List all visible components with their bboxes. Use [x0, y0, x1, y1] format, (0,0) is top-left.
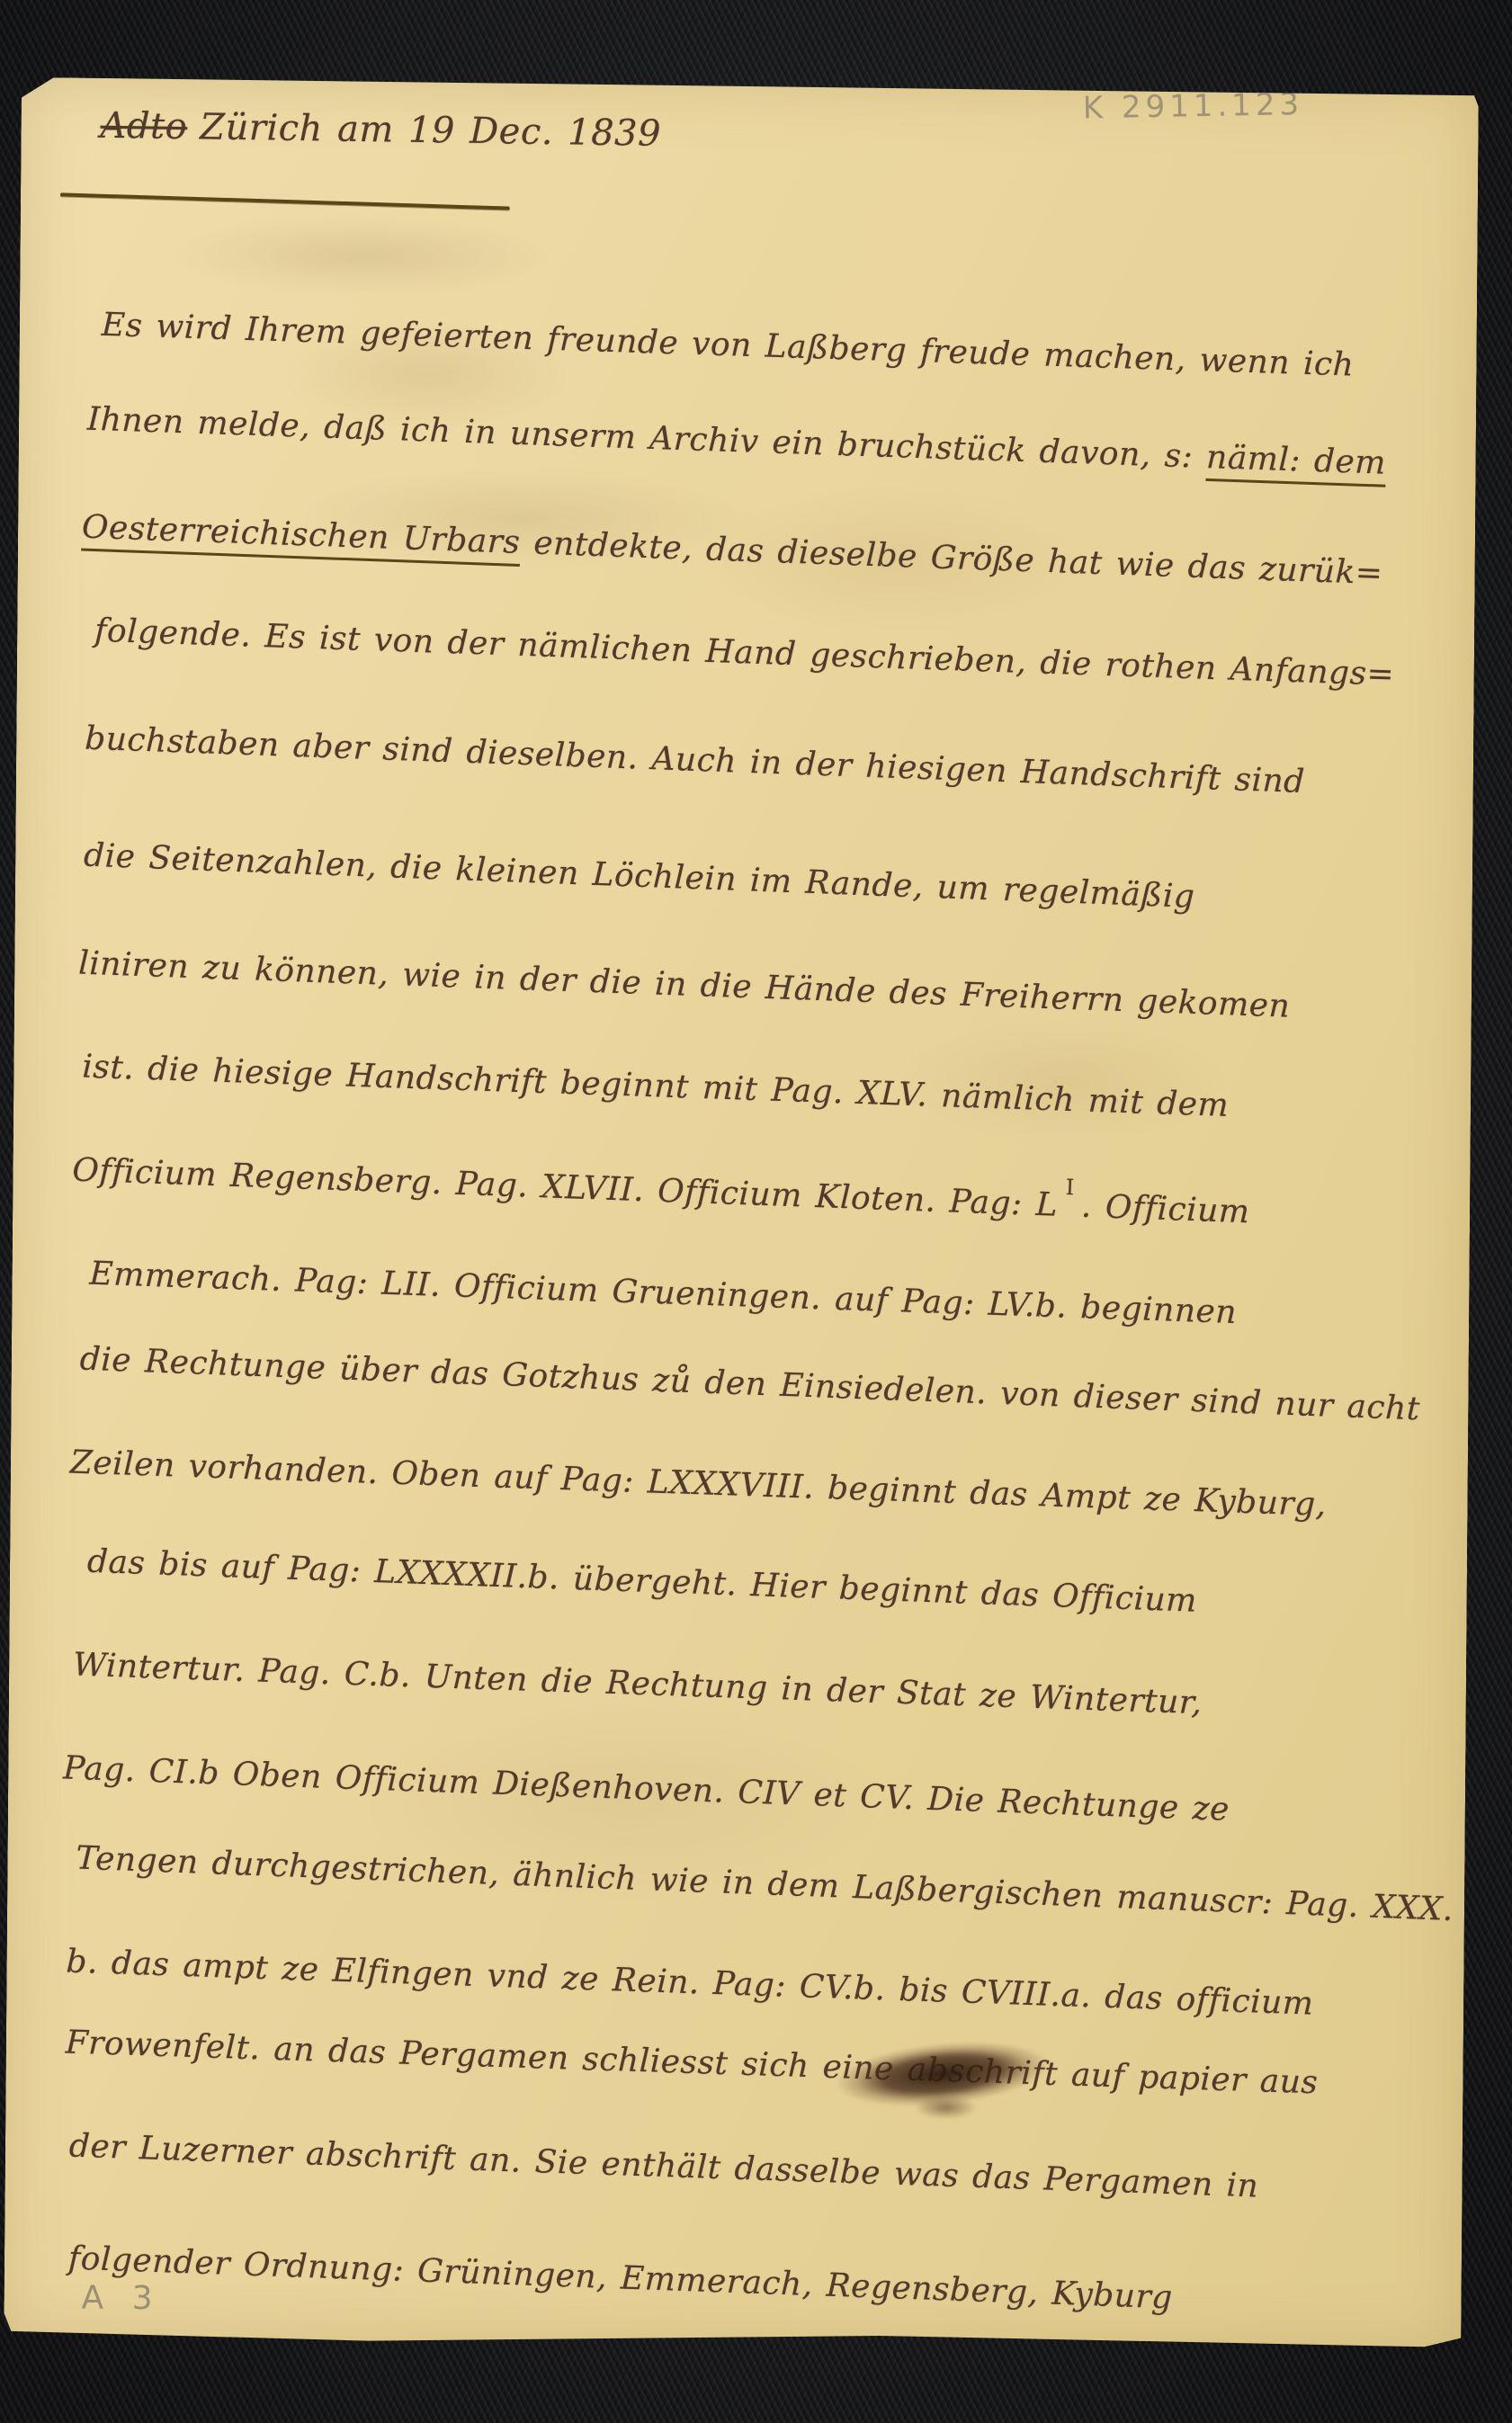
superscript-correction: I [1065, 1175, 1075, 1200]
manuscript-text: das bis auf Pag: LXXXXII.b. übergeht. Hi… [86, 1543, 1197, 1620]
show-through-smudge [173, 213, 551, 297]
archival-mark-top-right: K 2911.123 [1082, 86, 1303, 126]
manuscript-line: Pag. CI.b Oben Officium Dießenhoven. CIV… [63, 1749, 1230, 1828]
manuscript-line: Wintertur. Pag. C.b. Unten die Rechtung … [72, 1647, 1203, 1722]
underlined-phrase: näml: dem [1205, 439, 1386, 487]
manuscript-line: Emmerach. Pag: LII. Officium Grueningen.… [89, 1256, 1238, 1331]
manuscript-line: liniren zu können, wie in der die in die… [78, 945, 1291, 1025]
manuscript-text: Es wird Ihrem gefeierten freunde von Laß… [101, 307, 1355, 384]
dateline-text: Zürich am 19 Dec. 1839 [200, 106, 661, 155]
manuscript-line: Es wird Ihrem gefeierten freunde von Laß… [101, 307, 1355, 384]
manuscript-line: die Seitenzahlen, die kleinen Löchlein i… [83, 837, 1195, 916]
manuscript-scan: K 2911.123 AdtoZürich am 19 Dec. 1839 Es… [0, 0, 1512, 2423]
manuscript-text: der Luzerner abschrift an. Sie enthält d… [68, 2127, 1259, 2204]
dateline: AdtoZürich am 19 Dec. 1839 [100, 105, 661, 155]
manuscript-text: buchstaben aber sind dieselben. Auch in … [84, 720, 1305, 801]
manuscript-text: Officium Regensberg. Pag. XLVII. Officiu… [72, 1151, 1059, 1223]
manuscript-text: Emmerach. Pag: LII. Officium Grueningen.… [89, 1256, 1238, 1331]
manuscript-text: ist. die hiesige Handschrift beginnt mit… [82, 1049, 1230, 1124]
manuscript-text: Ihnen melde, daß ich in unserm Archiv ei… [86, 401, 1207, 476]
paper-sheet: K 2911.123 AdtoZürich am 19 Dec. 1839 Es… [4, 77, 1479, 2352]
manuscript-line: ist. die hiesige Handschrift beginnt mit… [82, 1049, 1230, 1124]
manuscript-text: liniren zu können, wie in der die in die… [78, 945, 1291, 1025]
manuscript-line: der Luzerner abschrift an. Sie enthält d… [68, 2127, 1259, 2204]
manuscript-text: entdekte, das dieselbe Größe hat wie das… [520, 524, 1383, 592]
manuscript-text: folgende. Es ist von der nämlichen Hand … [94, 612, 1394, 693]
manuscript-text: die Seitenzahlen, die kleinen Löchlein i… [83, 837, 1195, 916]
manuscript-line: b. das ampt ze Elfingen vnd ze Rein. Pag… [66, 1943, 1314, 2022]
manuscript-line: Oesterreichischen Urbars entdekte, das d… [81, 509, 1383, 593]
manuscript-line: Zeilen vorhanden. Oben auf Pag: LXXXVIII… [69, 1444, 1327, 1524]
manuscript-line: das bis auf Pag: LXXXXII.b. übergeht. Hi… [86, 1543, 1197, 1620]
manuscript-line: Officium Regensberg. Pag. XLVII. Officiu… [72, 1151, 1250, 1230]
manuscript-text: folgender Ordnung: Grüningen, Emmerach, … [67, 2240, 1173, 2316]
manuscript-text: Tengen durchgestrichen, ähnlich wie in d… [76, 1840, 1454, 1928]
manuscript-line: Ihnen melde, daß ich in unserm Archiv ei… [86, 401, 1386, 482]
manuscript-line: die Rechtunge über das Gotzhus zů den Ei… [79, 1341, 1420, 1428]
manuscript-text: Zeilen vorhanden. Oben auf Pag: LXXXVIII… [69, 1444, 1327, 1524]
dateline-underline [60, 192, 510, 210]
manuscript-text: . Officium [1080, 1188, 1250, 1231]
manuscript-line: buchstaben aber sind dieselben. Auch in … [84, 720, 1305, 801]
manuscript-body: Es wird Ihrem gefeierten freunde von Laß… [22, 77, 1479, 89]
ink-blot-smear [914, 2096, 977, 2120]
dateline-struck-word: Adto [100, 105, 187, 148]
manuscript-text: Pag. CI.b Oben Officium Dießenhoven. CIV… [63, 1749, 1230, 1828]
manuscript-line: folgende. Es ist von der nämlichen Hand … [94, 612, 1394, 693]
manuscript-text: Frowenfelt. an das Pergamen schliesst si… [65, 2024, 1319, 2101]
underlined-phrase: Oesterreichischen Urbars [81, 509, 521, 567]
manuscript-line: Tengen durchgestrichen, ähnlich wie in d… [76, 1840, 1454, 1928]
manuscript-text: b. das ampt ze Elfingen vnd ze Rein. Pag… [66, 1943, 1314, 2022]
manuscript-text: Wintertur. Pag. C.b. Unten die Rechtung … [72, 1647, 1203, 1722]
archival-mark-bottom-left: A 3 [81, 2280, 161, 2318]
manuscript-text: die Rechtunge über das Gotzhus zů den Ei… [79, 1341, 1420, 1428]
manuscript-line: Frowenfelt. an das Pergamen schliesst si… [65, 2024, 1319, 2101]
manuscript-line: folgender Ordnung: Grüningen, Emmerach, … [67, 2240, 1173, 2316]
